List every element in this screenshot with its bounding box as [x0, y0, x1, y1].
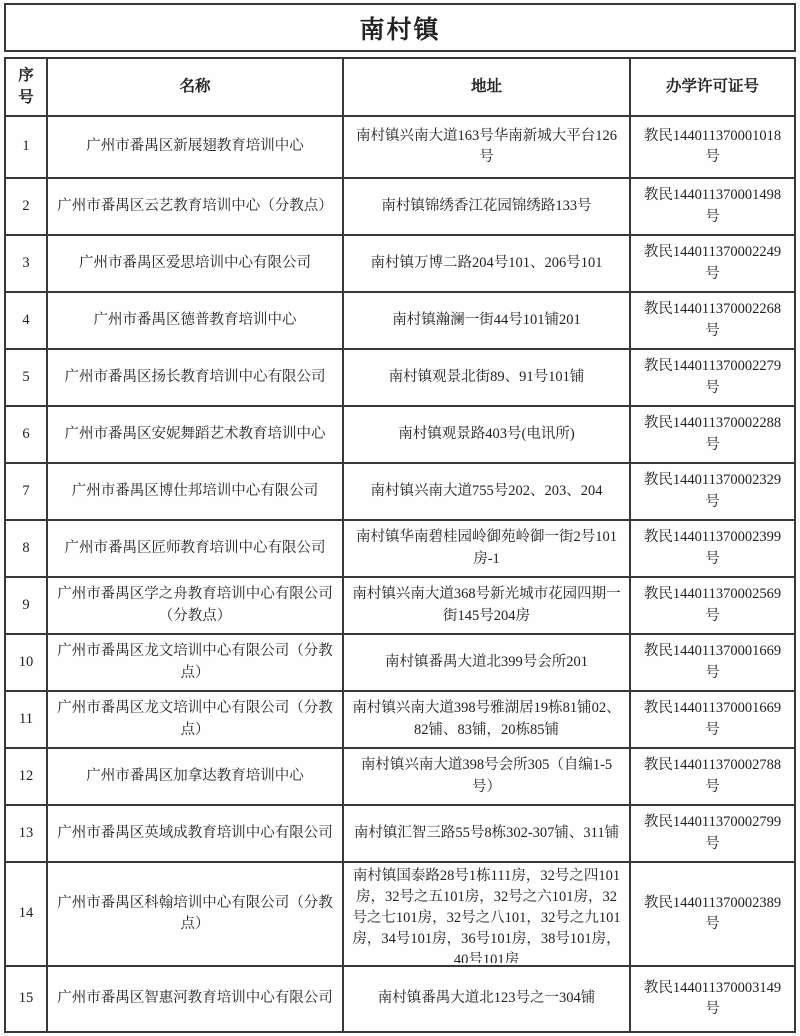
center-address: 南村镇锦绣香江花园锦绣路133号 [343, 178, 630, 235]
table-row: 13 广州市番禺区英域成教育培训中心有限公司 南村镇汇智三路55号8栋302-3… [5, 805, 795, 862]
center-address: 南村镇兴南大道398号雅湖居19栋81铺02、82铺、83铺，20栋85铺 [343, 691, 630, 748]
row-number: 6 [5, 406, 47, 463]
document-page: 南村镇 序号 名称 地址 办学许可证号 1 广州市番禺区新展翅教育培训中心 南村… [0, 0, 800, 1036]
table-row: 4 广州市番禺区德普教育培训中心 南村镇瀚澜一街44号101铺201 教民144… [5, 292, 795, 349]
row-number: 1 [5, 116, 47, 178]
row-number: 2 [5, 178, 47, 235]
table-row: 3 广州市番禺区爱思培训中心有限公司 南村镇万博二路204号101、206号10… [5, 235, 795, 292]
training-centers-table: 序号 名称 地址 办学许可证号 1 广州市番禺区新展翅教育培训中心 南村镇兴南大… [4, 57, 796, 1033]
center-name: 广州市番禺区智惠河教育培训中心有限公司 [47, 966, 343, 1032]
center-name: 广州市番禺区博仕邦培训中心有限公司 [47, 463, 343, 520]
table-row: 12 广州市番禺区加拿达教育培训中心 南村镇兴南大道398号会所305（自编1-… [5, 748, 795, 805]
center-address: 南村镇兴南大道163号华南新城大平台126号 [343, 116, 630, 178]
license-number: 教民144011370002288号 [630, 406, 795, 463]
center-name: 广州市番禺区龙文培训中心有限公司（分教点） [47, 634, 343, 691]
license-number: 教民144011370002249号 [630, 235, 795, 292]
table-row: 7 广州市番禺区博仕邦培训中心有限公司 南村镇兴南大道755号202、203、2… [5, 463, 795, 520]
col-header-license: 办学许可证号 [630, 58, 795, 116]
row-number: 10 [5, 634, 47, 691]
center-name: 广州市番禺区新展翅教育培训中心 [47, 116, 343, 178]
license-number: 教民144011370001669号 [630, 691, 795, 748]
center-address: 南村镇华南碧桂园岭御苑岭御一街2号101房-1 [343, 520, 630, 577]
row-number: 11 [5, 691, 47, 748]
center-address: 南村镇兴南大道755号202、203、204 [343, 463, 630, 520]
center-address: 南村镇国泰路28号1栋111房，32号之四101房，32号之五101房，32号之… [343, 862, 630, 966]
table-row: 2 广州市番禺区云艺教育培训中心（分教点） 南村镇锦绣香江花园锦绣路133号 教… [5, 178, 795, 235]
table-header-row: 序号 名称 地址 办学许可证号 [5, 58, 795, 116]
license-number: 教民144011370002329号 [630, 463, 795, 520]
table-row: 14 广州市番禺区科翰培训中心有限公司（分教点） 南村镇国泰路28号1栋111房… [5, 862, 795, 966]
center-name: 广州市番禺区扬长教育培训中心有限公司 [47, 349, 343, 406]
row-number: 7 [5, 463, 47, 520]
table-row: 8 广州市番禺区匠师教育培训中心有限公司 南村镇华南碧桂园岭御苑岭御一街2号10… [5, 520, 795, 577]
center-name: 广州市番禺区龙文培训中心有限公司（分教点） [47, 691, 343, 748]
center-address: 南村镇番禺大道北399号会所201 [343, 634, 630, 691]
col-header-name: 名称 [47, 58, 343, 116]
license-number: 教民144011370002389号 [630, 862, 795, 966]
table-row: 5 广州市番禺区扬长教育培训中心有限公司 南村镇观景北街89、91号101铺 教… [5, 349, 795, 406]
license-number: 教民144011370001669号 [630, 634, 795, 691]
center-name: 广州市番禺区德普教育培训中心 [47, 292, 343, 349]
center-address: 南村镇观景北街89、91号101铺 [343, 349, 630, 406]
row-number: 9 [5, 577, 47, 634]
row-number: 13 [5, 805, 47, 862]
center-address: 南村镇观景路403号(电讯所) [343, 406, 630, 463]
row-number: 5 [5, 349, 47, 406]
center-name: 广州市番禺区加拿达教育培训中心 [47, 748, 343, 805]
license-number: 教民144011370001018号 [630, 116, 795, 178]
license-number: 教民144011370003149号 [630, 966, 795, 1032]
table-row: 11 广州市番禺区龙文培训中心有限公司（分教点） 南村镇兴南大道398号雅湖居1… [5, 691, 795, 748]
center-address: 南村镇瀚澜一街44号101铺201 [343, 292, 630, 349]
center-address: 南村镇兴南大道368号新光城市花园四期一街145号204房 [343, 577, 630, 634]
row-number: 8 [5, 520, 47, 577]
center-name: 广州市番禺区安妮舞蹈艺术教育培训中心 [47, 406, 343, 463]
row-number: 15 [5, 966, 47, 1032]
table-row: 9 广州市番禺区学之舟教育培训中心有限公司（分教点） 南村镇兴南大道368号新光… [5, 577, 795, 634]
center-address: 南村镇兴南大道398号会所305（自编1-5号） [343, 748, 630, 805]
license-number: 教民144011370002279号 [630, 349, 795, 406]
center-name: 广州市番禺区科翰培训中心有限公司（分教点） [47, 862, 343, 966]
center-address: 南村镇汇智三路55号8栋302-307铺、311铺 [343, 805, 630, 862]
row-number: 12 [5, 748, 47, 805]
table-row: 15 广州市番禺区智惠河教育培训中心有限公司 南村镇番禺大道北123号之一304… [5, 966, 795, 1032]
page-title: 南村镇 [4, 3, 796, 52]
center-address: 南村镇万博二路204号101、206号101 [343, 235, 630, 292]
center-name: 广州市番禺区匠师教育培训中心有限公司 [47, 520, 343, 577]
col-header-address: 地址 [343, 58, 630, 116]
table-row: 6 广州市番禺区安妮舞蹈艺术教育培训中心 南村镇观景路403号(电讯所) 教民1… [5, 406, 795, 463]
license-number: 教民144011370002399号 [630, 520, 795, 577]
center-name: 广州市番禺区爱思培训中心有限公司 [47, 235, 343, 292]
center-name: 广州市番禺区英域成教育培训中心有限公司 [47, 805, 343, 862]
row-number: 14 [5, 862, 47, 966]
license-number: 教民144011370002788号 [630, 748, 795, 805]
center-address: 南村镇番禺大道北123号之一304铺 [343, 966, 630, 1032]
license-number: 教民144011370001498号 [630, 178, 795, 235]
col-header-no: 序号 [5, 58, 47, 116]
license-number: 教民144011370002268号 [630, 292, 795, 349]
row-number: 3 [5, 235, 47, 292]
license-number: 教民144011370002799号 [630, 805, 795, 862]
license-number: 教民144011370002569号 [630, 577, 795, 634]
center-name: 广州市番禺区云艺教育培训中心（分教点） [47, 178, 343, 235]
row-number: 4 [5, 292, 47, 349]
clipped-address-text: 南村镇国泰路28号1栋111房，32号之四101房，32号之五101房，32号之… [351, 866, 622, 963]
center-name: 广州市番禺区学之舟教育培训中心有限公司（分教点） [47, 577, 343, 634]
table-row: 1 广州市番禺区新展翅教育培训中心 南村镇兴南大道163号华南新城大平台126号… [5, 116, 795, 178]
table-row: 10 广州市番禺区龙文培训中心有限公司（分教点） 南村镇番禺大道北399号会所2… [5, 634, 795, 691]
